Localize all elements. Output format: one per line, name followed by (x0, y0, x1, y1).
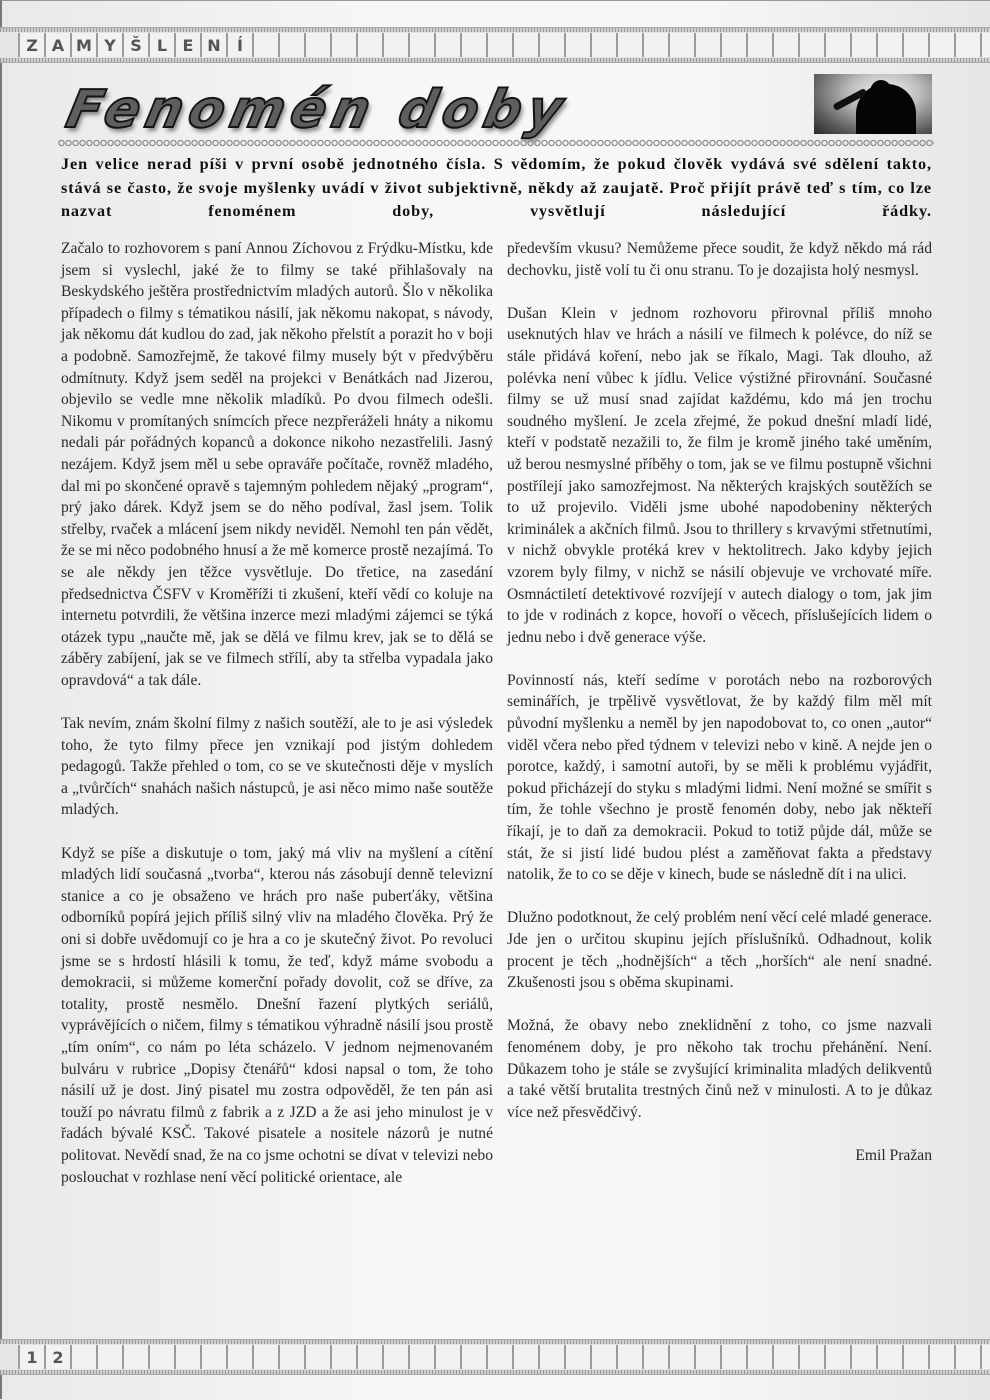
section-letter: N (202, 33, 228, 57)
section-letter: M (72, 33, 98, 57)
silhouette-with-knife-photo (814, 74, 932, 134)
paragraph: Dušan Klein v jednom rozhovoru přirovnal… (507, 303, 932, 649)
paragraph: Povinností nás, kteří sedíme v porotách … (507, 670, 932, 886)
page-number-digit: 2 (46, 1345, 72, 1369)
section-letter: E (176, 33, 202, 57)
paragraph: Dlužno podotknout, že celý problém není … (507, 907, 932, 993)
paragraph: Tak nevím, znám školní filmy z našich so… (61, 713, 493, 821)
footer-film-strip: 1 2 (0, 1339, 990, 1375)
article-column-left: Začalo to rozhovorem s paní Annou Zíchov… (61, 238, 493, 1210)
paragraph: Možná, že obavy nebo zneklidnění z toho,… (507, 1015, 932, 1123)
section-letter: Í (228, 33, 254, 57)
section-letter: Z (20, 33, 46, 57)
ornamental-divider (58, 139, 934, 147)
section-letter: Y (98, 33, 124, 57)
paragraph: Když se píše a diskutuje o tom, jaký má … (61, 843, 493, 1189)
section-header-film-strip: Z A M Y Š L E N Í (0, 27, 990, 63)
film-frame (0, 33, 20, 57)
section-letter: Š (124, 33, 150, 57)
article-lead: Jen velice nerad píši v první osobě jedn… (61, 153, 932, 224)
film-frame (0, 1345, 20, 1369)
section-letter: L (150, 33, 176, 57)
paragraph: především vkusu? Nemůžeme přece soudit, … (507, 238, 932, 281)
article-title: Fenomén doby (62, 84, 573, 136)
paragraph: Začalo to rozhovorem s paní Annou Zíchov… (61, 238, 493, 691)
page-number-digit: 1 (20, 1345, 46, 1369)
section-letter: A (46, 33, 72, 57)
author-signature: Emil Pražan (507, 1145, 932, 1167)
article-column-right: především vkusu? Nemůžeme přece soudit, … (507, 238, 932, 1188)
